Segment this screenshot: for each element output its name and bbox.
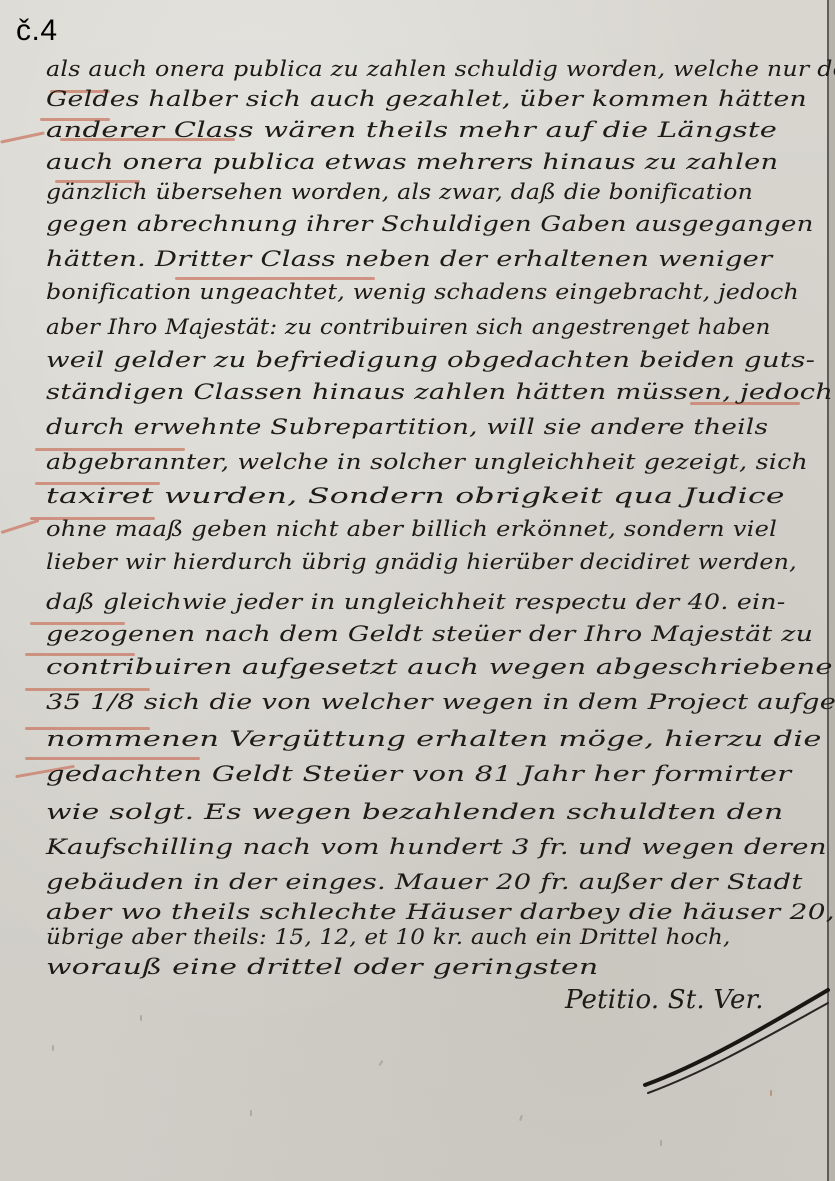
manuscript-line: Kaufschilling nach vom hundert 3 fr. und… — [46, 835, 827, 859]
manuscript-line: hätten. Dritter Class neben der erhalten… — [46, 247, 772, 271]
manuscript-line: gezogenen nach dem Geldt steüer der Ihro… — [46, 622, 813, 646]
manuscript-line: daß gleichwie jeder in ungleichheit resp… — [46, 590, 786, 614]
manuscript-line: gebäuden in der einges. Mauer 20 fr. auß… — [46, 870, 803, 894]
manuscript-line: nommenen Vergüttung erhalten möge, hierz… — [46, 727, 822, 751]
manuscript-page: č.4 als auch onera publica zu zahlen sch… — [0, 0, 835, 1181]
manuscript-line: lieber wir hierdurch übrig gnädig hierüb… — [46, 550, 797, 574]
page-number-label: č.4 — [16, 14, 58, 48]
manuscript-line: 35 1/8 sich die von welcher wegen in dem… — [46, 690, 835, 714]
manuscript-line: Geldes halber sich auch gezahlet, über k… — [46, 87, 807, 111]
manuscript-line: aber wo theils schlechte Häuser darbey d… — [46, 900, 835, 924]
manuscript-line: anderer Class wären theils mehr auf die … — [46, 118, 777, 142]
red-underline — [25, 757, 200, 760]
paper-speck — [519, 1115, 523, 1121]
paper-speck — [52, 1045, 54, 1051]
manuscript-line: gedachten Geldt Steüer von 81 Jahr her f… — [46, 762, 791, 786]
paper-speck — [140, 1015, 142, 1021]
manuscript-line: abgebrannter, welche in solcher ungleich… — [46, 450, 808, 474]
manuscript-line: weil gelder zu befriedigung obgedachten … — [46, 348, 815, 372]
manuscript-line: bonification ungeachtet, wenig schadens … — [46, 280, 799, 304]
manuscript-line: ständigen Classen hinaus zahlen hätten m… — [46, 380, 833, 404]
manuscript-line: gegen abrechnung ihrer Schuldigen Gaben … — [46, 212, 814, 236]
red-underline — [0, 131, 45, 143]
manuscript-line: auch onera publica etwas mehrers hinaus … — [46, 150, 778, 174]
manuscript-line: worauß eine drittel oder geringsten — [46, 955, 598, 979]
manuscript-line: gänzlich übersehen worden, als zwar, daß… — [46, 180, 753, 204]
manuscript-line: contribuiren aufgesetzt auch wegen abges… — [46, 655, 835, 679]
manuscript-line: übrige aber theils: 15, 12, et 10 kr. au… — [46, 925, 731, 949]
paper-speck — [770, 1090, 772, 1096]
closing-flourish-icon — [640, 985, 830, 1095]
red-underline — [1, 519, 40, 534]
manuscript-line: ohne maaß geben nicht aber billich erkön… — [46, 517, 777, 541]
manuscript-line: durch erwehnte Subrepartition, will sie … — [46, 415, 768, 439]
manuscript-line: taxiret wurden, Sondern obrigkeit qua Ju… — [46, 484, 785, 508]
paper-speck — [250, 1110, 252, 1116]
manuscript-line: als auch onera publica zu zahlen schuldi… — [46, 57, 835, 81]
manuscript-line: wie solgt. Es wegen bezahlenden schuldte… — [46, 800, 783, 824]
paper-speck — [660, 1140, 662, 1146]
manuscript-line: aber Ihro Majestät: zu contribuiren sich… — [46, 315, 771, 339]
paper-speck — [379, 1060, 384, 1066]
